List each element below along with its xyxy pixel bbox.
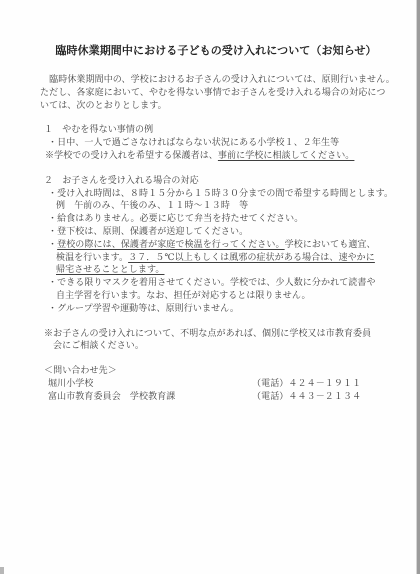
section-2: ２ お子さんを受け入れる場合の対応 ・受け入れ時間は、８時１５分から１５時３０分… bbox=[40, 175, 392, 316]
intro-line: ただし、各家庭において、やむを得ない事情でお子さんを受け入れる場合の対応につ bbox=[40, 87, 392, 100]
contact-row: 富山市教育委員会 学校教育課 （電話）４４３－２１３４ bbox=[48, 391, 392, 404]
section-2-heading: ２ お子さんを受け入れる場合の対応 bbox=[44, 175, 392, 188]
bullet-line: ・登下校は、原則、保護者が送迎してください。 bbox=[48, 226, 392, 239]
intro-line: いては、次のとおりとします。 bbox=[40, 100, 392, 113]
intro-paragraph: 臨時休業期間中の、学校におけるお子さんの受け入れについては、原則行いません。 た… bbox=[40, 74, 392, 112]
bullet-line: ・給食はありません。必要に応じて弁当を持たせてください。 bbox=[48, 213, 392, 226]
page-title: 臨時休業期間中における子どもの受け入れについて（お知らせ） bbox=[40, 44, 392, 57]
underline-segment: 帰宅させることとします。 bbox=[56, 265, 164, 275]
contact-heading: ＜問い合わせ先＞ bbox=[44, 365, 392, 378]
contact-row: 堀川小学校 （電話）４２４－１９１１ bbox=[48, 378, 392, 391]
bullet-line: ・登校の際には、保護者が家庭で検温を行ってください。学校においても適宜、 bbox=[48, 239, 392, 252]
note-line: ※学校での受け入れを希望する保護者は、事前に学校に相談してください。 bbox=[45, 150, 392, 163]
bullet-marker: ・ bbox=[48, 240, 57, 250]
contact-name: 富山市教育委員会 学校教育課 bbox=[48, 392, 175, 402]
scan-corner-bottom-left bbox=[0, 567, 4, 574]
contact-phone: （電話）４２４－１９１１ bbox=[252, 378, 361, 391]
continuation-line: 検温を行います。３７．５℃以上もしくは風邪の症状がある場合は、速やかに bbox=[56, 252, 392, 265]
contact-phone: （電話）４４３－２１３４ bbox=[252, 391, 361, 404]
note-plain-text: ※学校での受け入れを希望する保護者は、 bbox=[45, 151, 218, 161]
document-content: 臨時休業期間中における子どもの受け入れについて（お知らせ） 臨時休業期間中の、学… bbox=[0, 0, 420, 416]
closing-note: ※お子さんの受け入れについて、不明な点があれば、個別に学校又は市教育委員 会にご… bbox=[40, 328, 392, 354]
closing-line: 会にご相談ください。 bbox=[53, 340, 392, 353]
underline-segment: ３７．５℃以上もしくは風邪の症状がある場合は、速やかに bbox=[128, 253, 375, 263]
continuation-line: 帰宅させることとします。 bbox=[56, 264, 392, 277]
underline-segment: 事前に学校に相談してください。 bbox=[218, 151, 355, 161]
plain-segment: 検温を行います。 bbox=[56, 253, 128, 263]
contact-section: ＜問い合わせ先＞ 堀川小学校 （電話）４２４－１９１１ 富山市教育委員会 学校教… bbox=[40, 365, 392, 403]
bullet-line: ・日中、一人で過ごさなければならない状況にある小学校１、２年生等 bbox=[48, 137, 392, 150]
bullet-line: ・できる限りマスクを着用させてください。学校では、少人数に分かれて読書や bbox=[48, 277, 392, 290]
bullet-line: ・受け入れ時間は、８時１５分から１５時３０分までの間で希望する時間とします。 bbox=[48, 188, 392, 201]
section-1: １ やむを得ない事情の例 ・日中、一人で過ごさなければならない状況にある小学校１… bbox=[40, 124, 392, 162]
scanned-notice-page: 臨時休業期間中における子どもの受け入れについて（お知らせ） 臨時休業期間中の、学… bbox=[0, 0, 420, 574]
continuation-line: 自主学習を行います。なお、担任が対応するとは限りません。 bbox=[56, 290, 392, 303]
underline-segment: 登校の際には、保護者が家庭で検温を行ってください。 bbox=[57, 240, 285, 250]
contact-name: 堀川小学校 bbox=[48, 379, 94, 389]
closing-line: ※お子さんの受け入れについて、不明な点があれば、個別に学校又は市教育委員 bbox=[44, 328, 392, 341]
intro-line: 臨時休業期間中の、学校におけるお子さんの受け入れについては、原則行いません。 bbox=[40, 74, 392, 87]
example-line: 例 午前のみ、午後のみ、１１時～１３時 等 bbox=[56, 200, 392, 213]
plain-segment: 学校においても適宜、 bbox=[285, 240, 376, 250]
bullet-line: ・グループ学習や運動等は、原則行いません。 bbox=[48, 303, 392, 316]
section-1-heading: １ やむを得ない事情の例 bbox=[44, 124, 392, 137]
